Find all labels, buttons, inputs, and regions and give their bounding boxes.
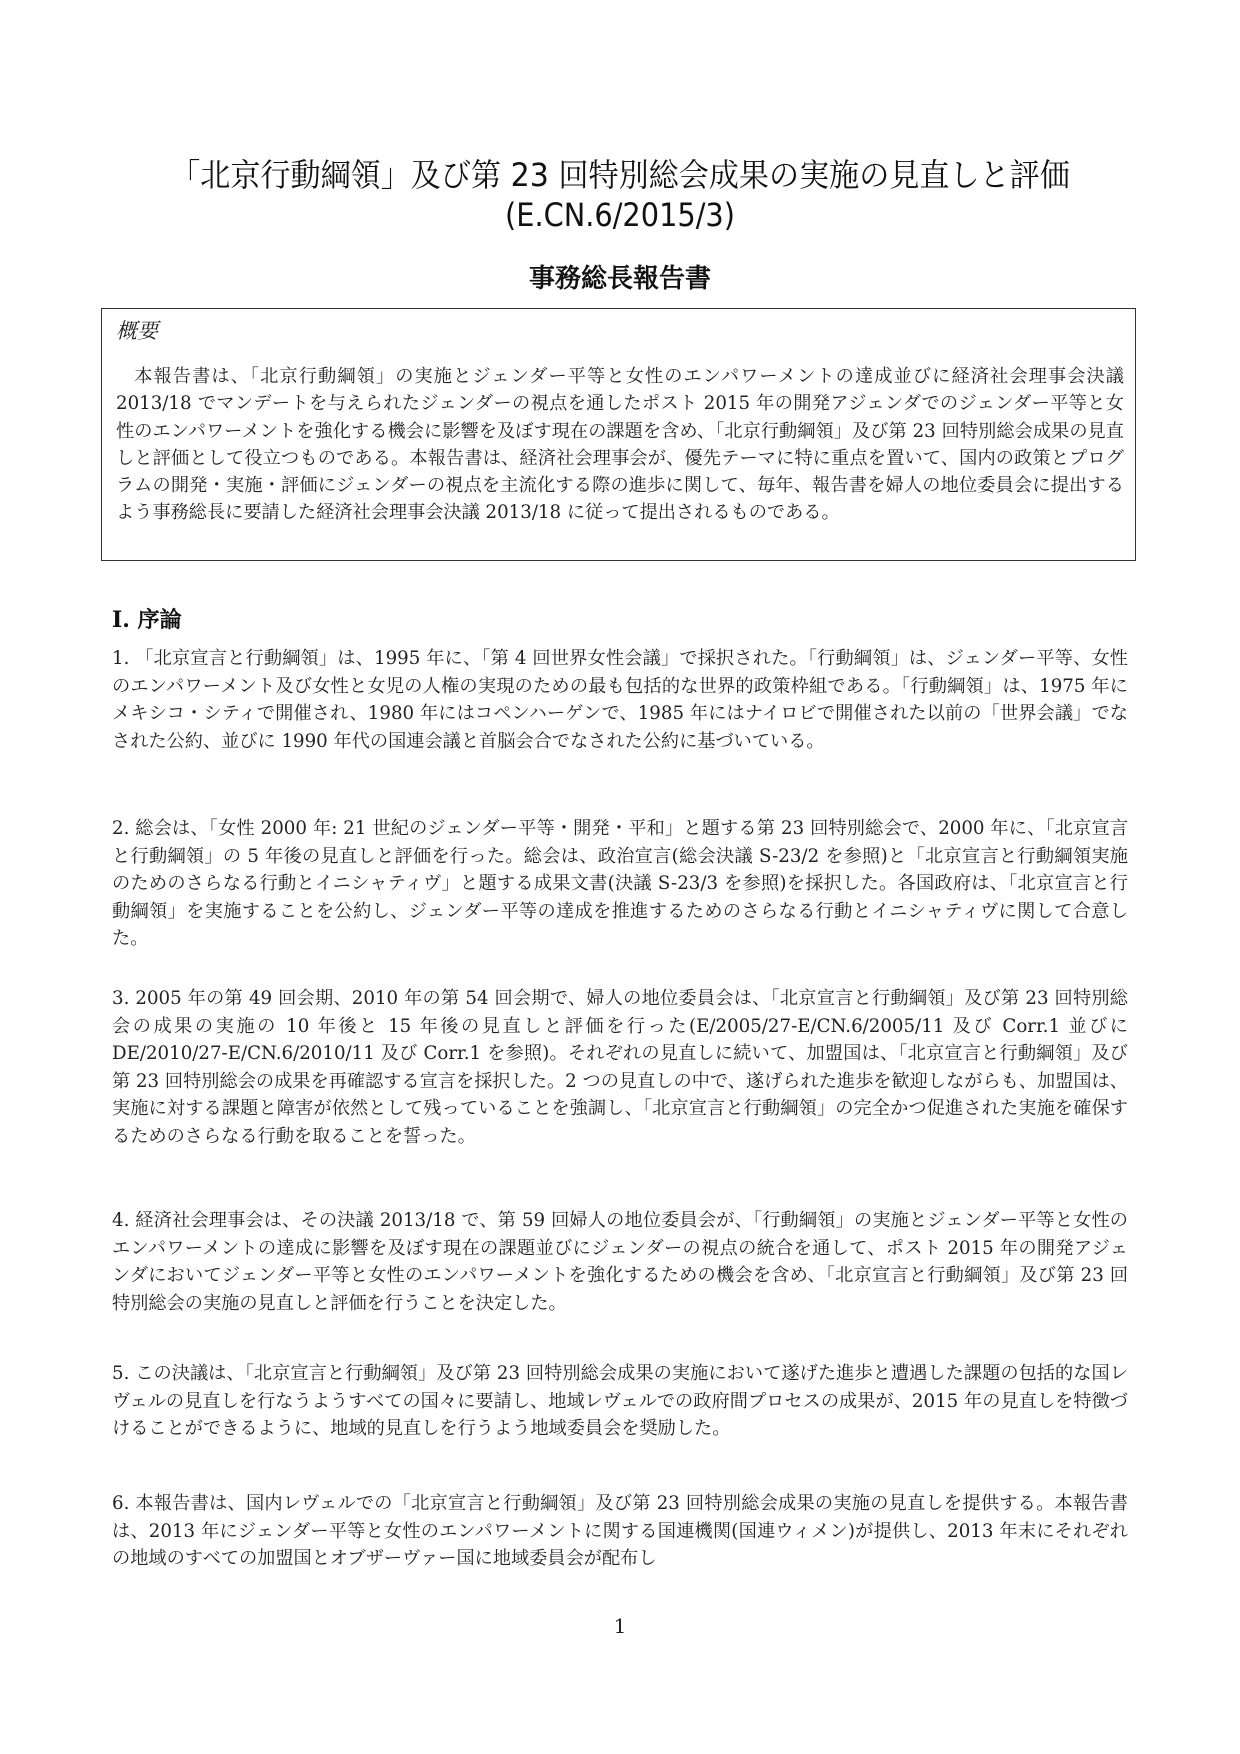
paragraph-6: 6. 本報告書は、国内レヴェルでの「北京宣言と行動綱領」及び第 23 回特別総会…: [112, 1490, 1128, 1573]
paragraph-1: 1. 「北京宣言と行動綱領」は、1995 年に、「第 4 回世界女性会議」で採択…: [112, 645, 1128, 755]
paragraph-4: 4. 経済社会理事会は、その決議 2013/18 で、第 59 回婦人の地位委員…: [112, 1207, 1128, 1317]
summary-text: 本報告書は、「北京行動綱領」の実施とジェンダー平等と女性のエンパワーメントの達成…: [116, 363, 1124, 527]
page-number: 1: [560, 1614, 680, 1638]
summary-heading: 概要: [116, 315, 158, 345]
document-title: 「北京行動綱領」及び第 23 回特別総会成果の実施の見直しと評価: [131, 150, 1109, 196]
summary-box: 概要 本報告書は、「北京行動綱領」の実施とジェンダー平等と女性のエンパワーメント…: [101, 308, 1136, 561]
section-title: 序論: [138, 608, 182, 633]
paragraph-3: 3. 2005 年の第 49 回会期、2010 年の第 54 回会期で、婦人の地…: [112, 985, 1128, 1151]
paragraph-5: 5. この決議は、「北京宣言と行動綱領」及び第 23 回特別総会成果の実施におい…: [112, 1360, 1128, 1443]
document-subtitle: 事務総長報告書: [100, 258, 1140, 295]
document-symbol: (E.CN.6/2015/3): [152, 196, 1088, 234]
document-page: 「北京行動綱領」及び第 23 回特別総会成果の実施の見直しと評価 (E.CN.6…: [0, 0, 1240, 1754]
paragraph-2: 2. 総会は、「女性 2000 年: 21 世紀のジェンダー平等・開発・平和」と…: [112, 815, 1128, 953]
section-heading: I. 序論: [112, 603, 182, 634]
section-number: I.: [112, 607, 130, 633]
